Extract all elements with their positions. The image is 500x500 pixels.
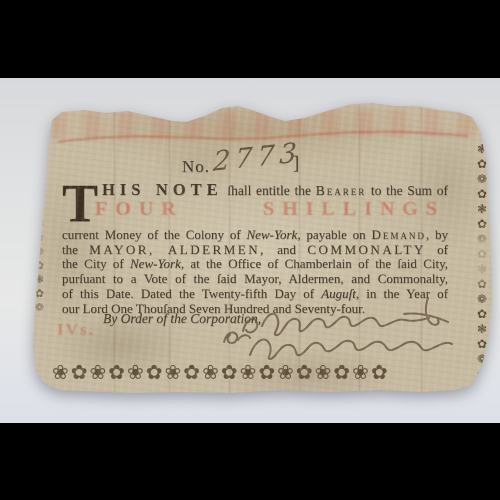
right-ornament-border: ❃✿❁✿❃✿❁✿❃✿❁✿❃✿❁✿❃: [475, 142, 489, 374]
serial-bracket: ]: [293, 153, 299, 175]
left-ornament-border: ❁✿❃✿❁✿❃✿❁✿❃✿❁: [33, 133, 46, 341]
red-corner-denomination: IVs.: [57, 320, 95, 340]
photo-letterbox: ❁✿❃✿❁✿❃✿❁✿❃✿❁ ❃✿❁✿❃✿❁✿❃✿❁✿❃✿❁✿❃ ❀✿❀✿❀✿❀✿…: [0, 0, 500, 500]
signature-2: [250, 340, 452, 359]
body-line-5: of this Date. Dated the Twenty-fifth Day…: [62, 287, 448, 302]
signature-flourish: [224, 332, 250, 343]
by-order-line: By Order of the Corporation,: [103, 311, 261, 327]
body-line-2: the MAYOR, ALDERMEN, and COMMONALTY of: [62, 243, 448, 258]
banknote-paper: ❁✿❃✿❁✿❃✿❁✿❃✿❁ ❃✿❁✿❃✿❁✿❃✿❁✿❃✿❁✿❃ ❀✿❀✿❀✿❀✿…: [0, 0, 500, 500]
body-line-1: current Money of the Colony of New-York,…: [62, 228, 448, 243]
serial-label: No.: [182, 157, 210, 177]
banknote: ❁✿❃✿❁✿❃✿❁✿❃✿❁ ❃✿❁✿❃✿❁✿❃✿❁✿❃✿❁✿❃ ❀✿❀✿❀✿❀✿…: [0, 0, 500, 500]
bottom-rosette-border: ❀✿❀✿❀✿❀✿❀✿❀✿❀✿❀✿❀✿: [52, 360, 470, 384]
body-line-4: purſuant to a Vote of the ſaid Mayor, Al…: [62, 272, 448, 287]
title-line: HIS NOTE ſhall entitle the Bearer to the…: [102, 180, 448, 200]
denomination-four-shillings: FOUR SHILLINGS: [95, 198, 445, 221]
body-text: current Money of the Colony of New-York,…: [62, 228, 448, 316]
dropcap-T: T: [62, 176, 98, 230]
faded-red-top-band: [50, 109, 478, 140]
handwritten-serial-number: 2773: [212, 137, 302, 178]
body-line-3: the City of New-York, at the Office of C…: [62, 257, 448, 272]
